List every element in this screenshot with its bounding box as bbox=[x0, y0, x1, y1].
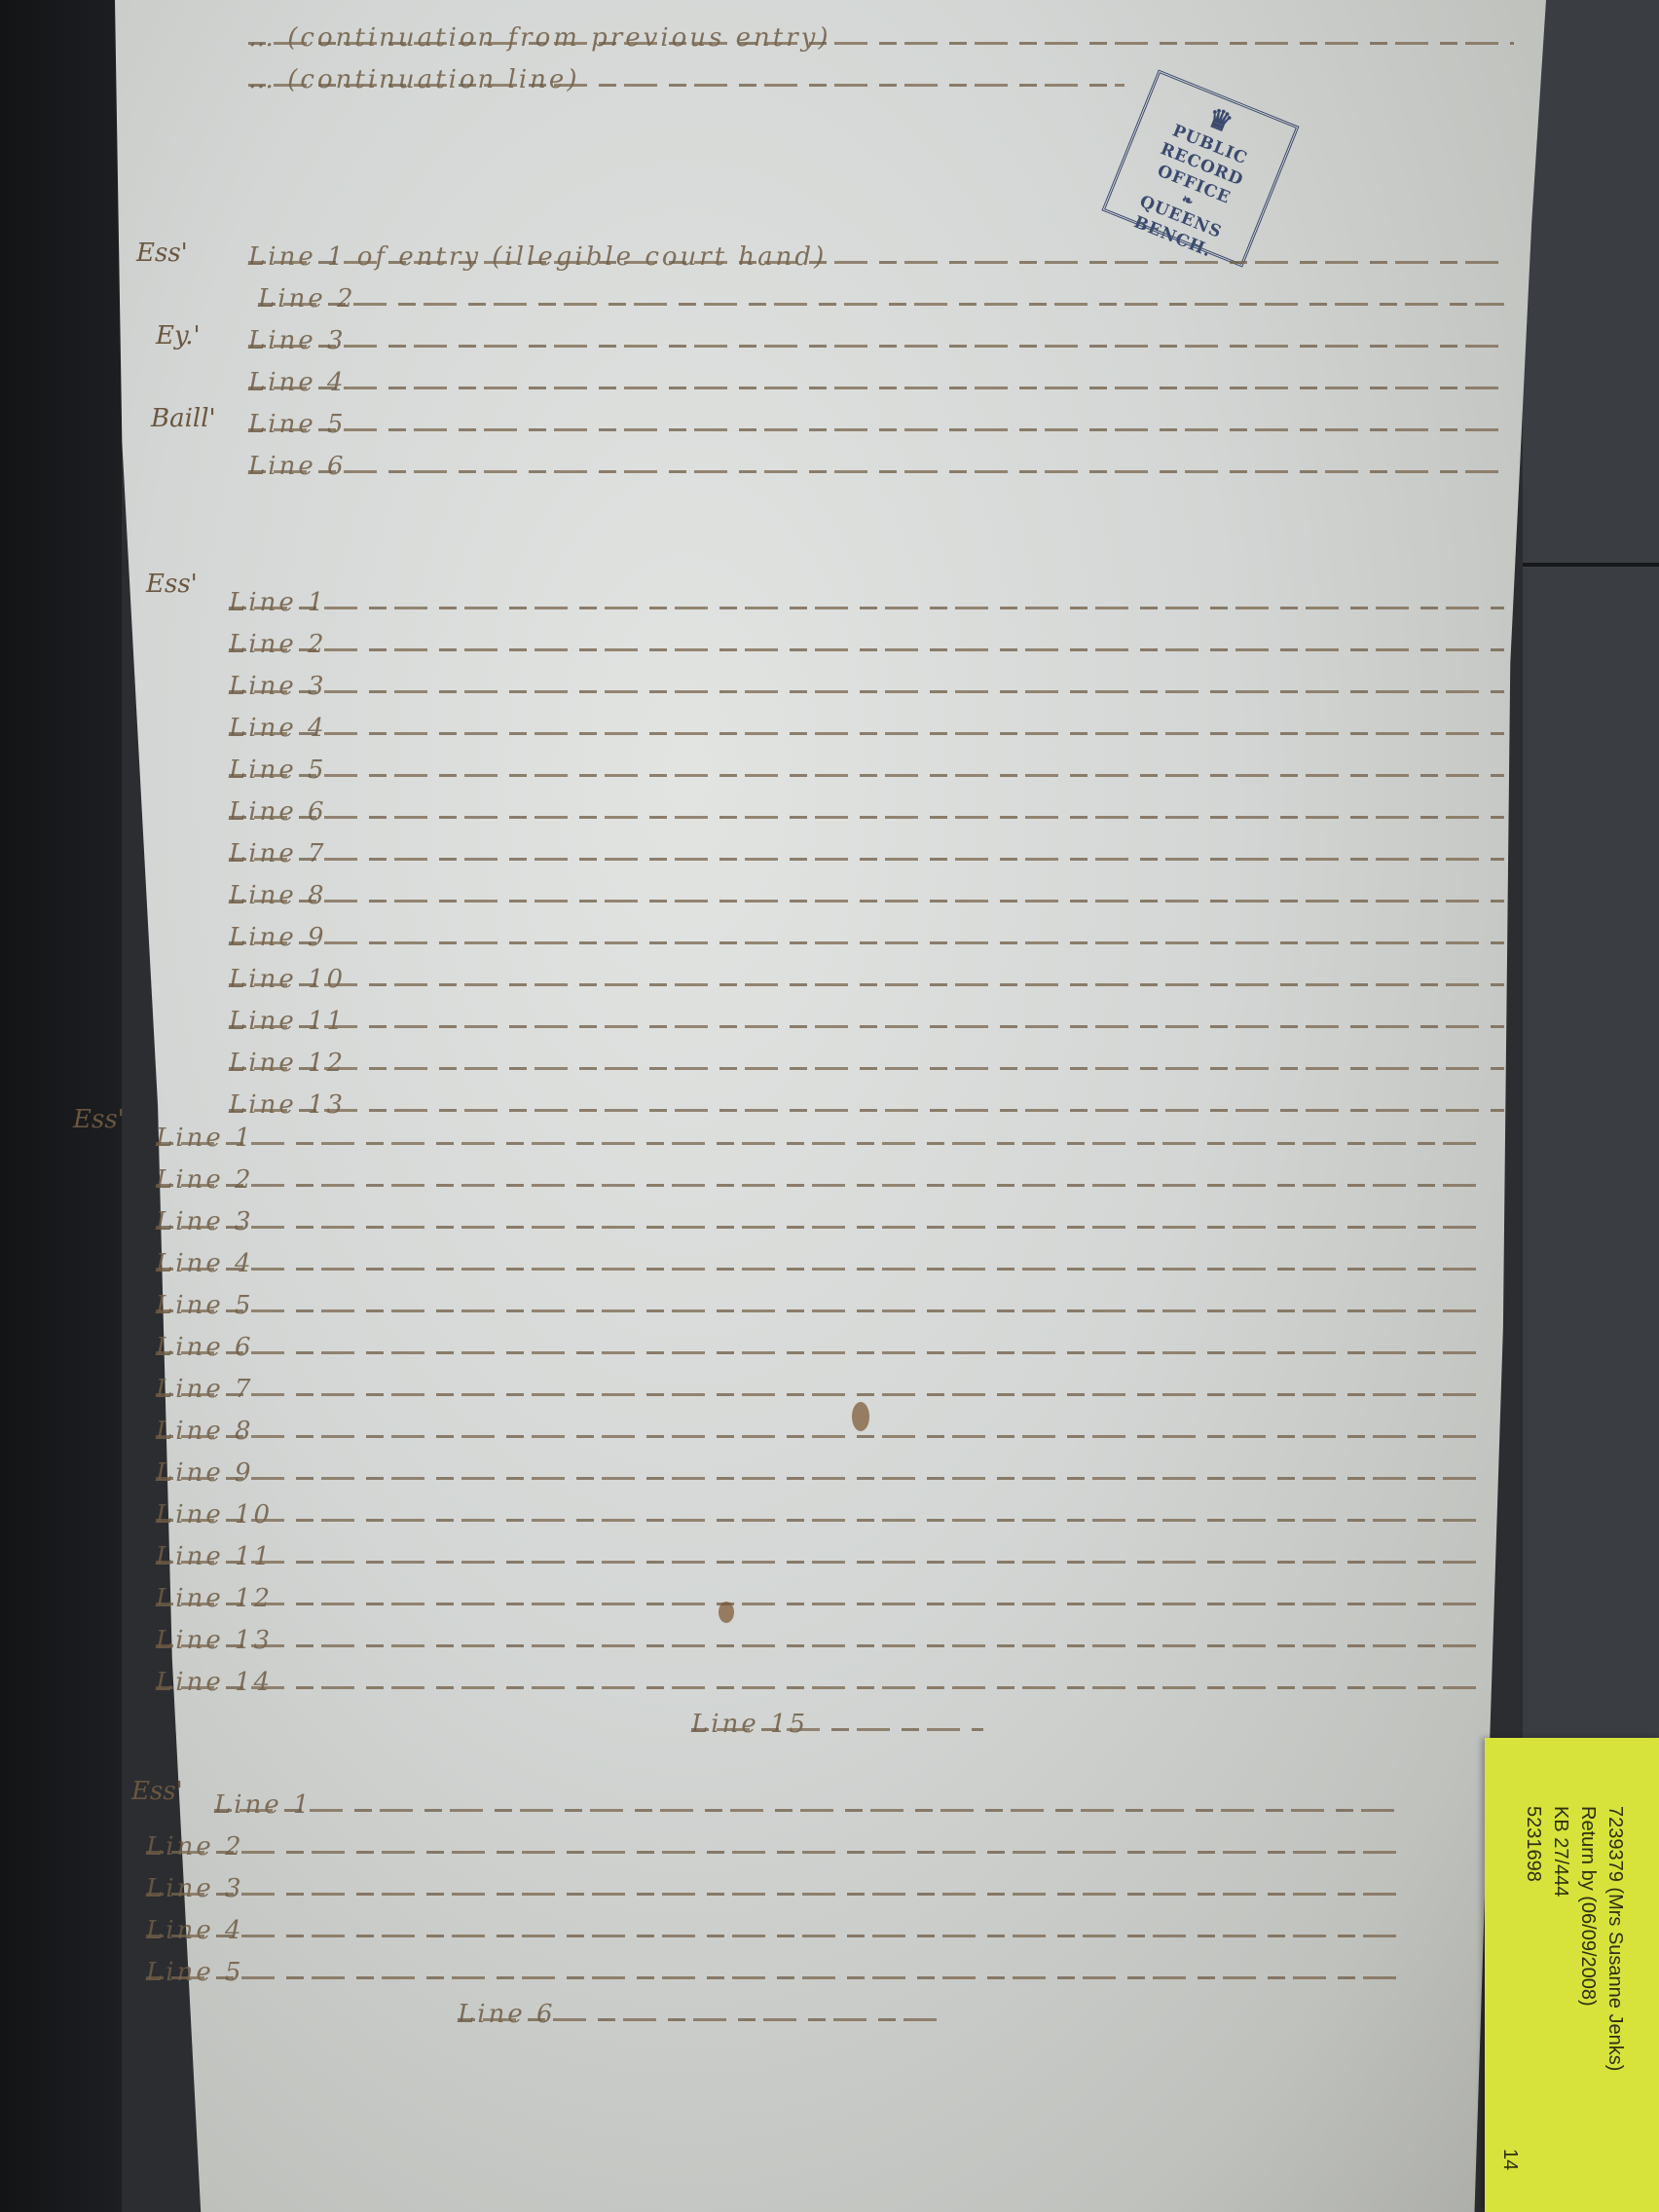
slip-document-reference: KB 27/444 bbox=[1549, 1806, 1571, 1897]
script-text: Line 3 bbox=[156, 1207, 254, 1236]
slip-reference-number: 5231698 bbox=[1522, 1806, 1544, 1882]
script-text: … (continuation from previous entry) bbox=[248, 23, 830, 53]
script-line: Line 3 bbox=[146, 1865, 1402, 1907]
script-line: Line 9 bbox=[156, 1450, 1480, 1492]
script-line: Line 6 bbox=[229, 789, 1504, 830]
script-text: Line 15 bbox=[691, 1710, 808, 1739]
script-text: Line 1 bbox=[156, 1124, 254, 1153]
script-text: Line 10 bbox=[229, 965, 346, 994]
script-text: Line 2 bbox=[156, 1165, 254, 1195]
script-text: Line 4 bbox=[146, 1916, 244, 1945]
script-line: Line 6 bbox=[458, 1991, 944, 2033]
margin-note-entry-1: Ess' bbox=[136, 239, 188, 268]
script-line: Line 4 bbox=[229, 705, 1504, 747]
script-line: Line 6 bbox=[248, 443, 1504, 485]
script-text: Line 6 bbox=[229, 797, 327, 827]
script-line: Line 2 bbox=[156, 1157, 1480, 1198]
script-line: Line 6 bbox=[156, 1324, 1480, 1366]
script-text: … (continuation line) bbox=[248, 65, 579, 94]
script-line: Line 10 bbox=[156, 1492, 1480, 1533]
script-line: … (continuation line) bbox=[248, 56, 1124, 98]
script-text: Line 7 bbox=[156, 1375, 254, 1404]
script-line: Line 4 bbox=[146, 1907, 1402, 1949]
script-line: Line 2 bbox=[146, 1824, 1402, 1865]
slip-return-date: Return by (06/09/2008) bbox=[1576, 1806, 1599, 2007]
script-text: Line 11 bbox=[156, 1542, 273, 1571]
script-text: Line 5 bbox=[156, 1291, 254, 1320]
script-line: Line 2 bbox=[229, 621, 1504, 663]
script-text: Line 2 bbox=[258, 284, 356, 313]
script-text: Line 14 bbox=[156, 1668, 273, 1697]
script-text: Line 12 bbox=[229, 1049, 346, 1078]
script-text: Line 9 bbox=[156, 1458, 254, 1488]
script-text: Line 3 bbox=[146, 1874, 244, 1903]
script-line: Line 13 bbox=[156, 1617, 1480, 1659]
script-line: Line 3 bbox=[248, 317, 1504, 359]
archive-request-slip: 5231698 KB 27/444 Return by (06/09/2008)… bbox=[1485, 1738, 1659, 2212]
script-line: Line 1 bbox=[214, 1782, 1402, 1824]
script-line: Line 10 bbox=[229, 956, 1504, 998]
script-line: Line 11 bbox=[156, 1533, 1480, 1575]
entry-4: Line 1 Line 2 Line 3 Line 4 Line 5 Line … bbox=[146, 1782, 1402, 2033]
margin-note-entry-1-c: Baill' bbox=[151, 404, 216, 433]
script-text: Line 8 bbox=[156, 1417, 254, 1446]
script-text: Line 2 bbox=[229, 630, 327, 659]
slip-corner-number: 14 bbox=[1498, 2149, 1521, 2170]
script-text: Line 5 bbox=[248, 410, 347, 439]
ink-stain bbox=[719, 1602, 734, 1623]
script-line: Line 11 bbox=[229, 998, 1504, 1040]
script-text: Line 4 bbox=[229, 714, 327, 743]
script-text: Line 9 bbox=[229, 923, 327, 952]
script-text: Line 7 bbox=[229, 839, 327, 868]
script-text: Line 6 bbox=[156, 1333, 254, 1362]
script-line: Line 5 bbox=[248, 401, 1504, 443]
script-text: Line 10 bbox=[156, 1500, 273, 1530]
script-text: Line 3 bbox=[248, 326, 347, 355]
script-text: Line 5 bbox=[229, 756, 327, 785]
margin-note-entry-2: Ess' bbox=[146, 570, 198, 599]
script-line: Line 1 bbox=[229, 579, 1504, 621]
script-text: Line 6 bbox=[248, 452, 347, 481]
script-line: Line 2 bbox=[258, 276, 1504, 317]
script-line: Line 8 bbox=[229, 872, 1504, 914]
slip-reader-ticket: 7239379 (Mrs Susanne Jenks) bbox=[1604, 1806, 1626, 2071]
script-text: Line 1 bbox=[214, 1790, 313, 1820]
margin-note-entry-3: Ess' bbox=[73, 1105, 125, 1134]
script-text: Line 6 bbox=[458, 2000, 556, 2029]
entry-3: Line 1 Line 2 Line 3 Line 4 Line 5 Line … bbox=[156, 1115, 1480, 1743]
script-text: Line 12 bbox=[156, 1584, 273, 1613]
script-line: … (continuation from previous entry) bbox=[248, 15, 1514, 56]
margin-note-entry-1-b: Ey.' bbox=[156, 321, 201, 350]
script-text: Line 3 bbox=[229, 672, 327, 701]
script-text: Line 13 bbox=[156, 1626, 273, 1655]
script-text: Line 4 bbox=[248, 368, 347, 397]
script-text: Line 1 of entry (illegible court hand) bbox=[248, 242, 827, 272]
script-line: Line 5 bbox=[146, 1949, 1402, 1991]
script-line: Line 9 bbox=[229, 914, 1504, 956]
script-line: Line 5 bbox=[229, 747, 1504, 789]
script-line: Line 3 bbox=[229, 663, 1504, 705]
script-line: Line 4 bbox=[248, 359, 1504, 401]
script-text: Line 8 bbox=[229, 881, 327, 910]
script-text: Line 2 bbox=[146, 1832, 244, 1862]
script-line: Line 3 bbox=[156, 1198, 1480, 1240]
entry-2: Line 1 Line 2 Line 3 Line 4 Line 5 Line … bbox=[229, 579, 1504, 1124]
background-seam bbox=[1523, 563, 1659, 567]
script-line: Line 1 of entry (illegible court hand) bbox=[248, 234, 1504, 276]
script-line: Line 8 bbox=[156, 1408, 1480, 1450]
entry-top-continuation: … (continuation from previous entry) … (… bbox=[248, 15, 1514, 98]
script-text: Line 5 bbox=[146, 1958, 244, 1987]
ink-stain bbox=[852, 1402, 869, 1431]
script-line: Line 7 bbox=[229, 830, 1504, 872]
script-line: Line 12 bbox=[229, 1040, 1504, 1082]
script-text: Line 4 bbox=[156, 1249, 254, 1278]
entry-1: Line 1 of entry (illegible court hand) L… bbox=[248, 234, 1504, 485]
script-line: Line 12 bbox=[156, 1575, 1480, 1617]
slip-text-block: 5231698 KB 27/444 Return by (06/09/2008)… bbox=[1485, 1738, 1659, 2212]
script-text: Line 11 bbox=[229, 1007, 346, 1036]
script-line: Line 4 bbox=[156, 1240, 1480, 1282]
script-line: Line 5 bbox=[156, 1282, 1480, 1324]
script-text: Line 1 bbox=[229, 588, 327, 617]
script-line: Line 1 bbox=[156, 1115, 1480, 1157]
script-line: Line 14 bbox=[156, 1659, 1480, 1701]
script-line: Line 7 bbox=[156, 1366, 1480, 1408]
script-line: Line 15 bbox=[691, 1701, 983, 1743]
